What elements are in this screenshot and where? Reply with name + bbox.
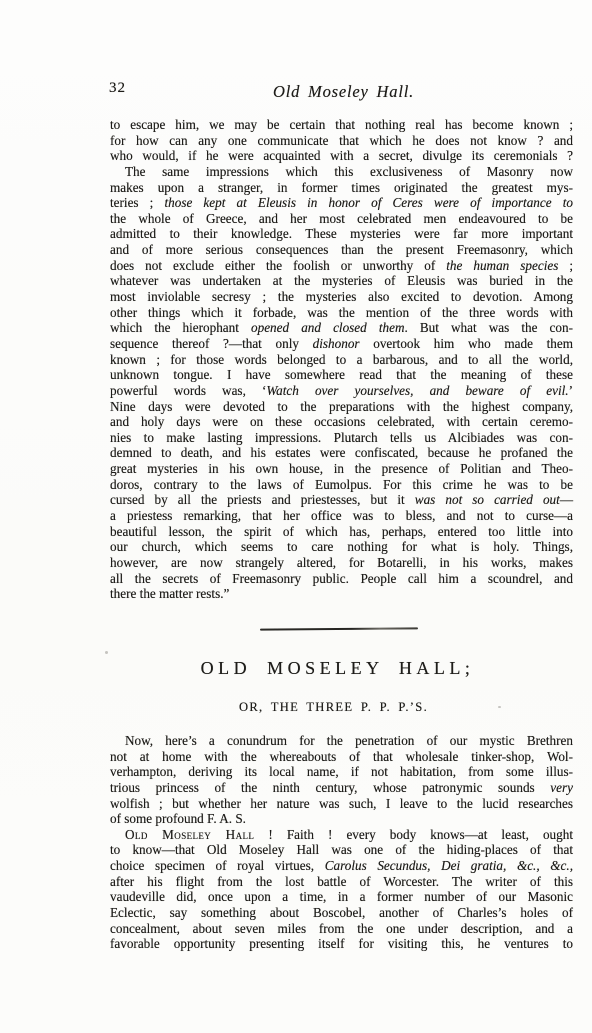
- continued-article-text: to escape him, we may be certain that no…: [110, 117, 573, 602]
- text-line: our church, which seems to care nothing …: [110, 539, 573, 555]
- text-line: to escape him, we may be certain that no…: [110, 117, 573, 133]
- text-line: the whole of Greece, and her most celebr…: [110, 211, 573, 227]
- text-line: known ; for those words belonged to a ba…: [110, 352, 573, 368]
- text-line: after his flight from the lost battle of…: [110, 874, 573, 890]
- text-line: does not exclude either the foolish or u…: [110, 258, 573, 274]
- text-line: powerful words was, ‘Watch over yourselv…: [110, 383, 573, 399]
- text-line: all the secrets of Freemasonry public. P…: [110, 571, 573, 587]
- text-line: unknown tongue. I have somewhere read th…: [110, 367, 573, 383]
- text-line: not at home with the whereabouts of that…: [110, 749, 573, 765]
- scanned-book-page: { "page_header": { "page_number": "32", …: [0, 0, 592, 1033]
- text-line: who would, if he were acquainted with a …: [110, 148, 573, 164]
- scan-speck: [117, 233, 120, 236]
- text-line: doros, contrary to the laws of Eumolpus.…: [110, 477, 573, 493]
- text-line: admitted to their knowledge. These myste…: [110, 226, 573, 242]
- article-title: OLD MOSELEY HALL;: [106, 658, 569, 679]
- text-line: The same impressions which this exclusiv…: [110, 164, 573, 180]
- text-line: teries ; those kept at Eleusis in honor …: [110, 195, 573, 211]
- section-divider-rule: [260, 627, 418, 630]
- text-line: there the matter rests.”: [110, 586, 573, 602]
- text-line: demned to death, and his estates were co…: [110, 445, 573, 461]
- text-line: whatever was undertaken at the mysteries…: [110, 273, 573, 289]
- text-line: concealment, about seven miles from the …: [110, 921, 573, 937]
- page-content: 32 Old Moseley Hall. to escape him, we m…: [110, 0, 573, 1033]
- text-line: great mysteries in his own house, in the…: [110, 461, 573, 477]
- text-line: makes upon a stranger, in former times o…: [110, 180, 573, 196]
- text-line: and holy days were on these occasions ce…: [110, 414, 573, 430]
- text-line: cursed by all the priests and priestesse…: [110, 492, 573, 508]
- text-line: wolfish ; but whether her nature was suc…: [110, 796, 573, 812]
- scan-speck: [498, 706, 501, 708]
- text-line: of some profound F. A. S.: [110, 811, 573, 827]
- text-line: most inviolable secresy ; the mysteries …: [110, 289, 573, 305]
- text-line: Eclectic, say something about Boscobel, …: [110, 905, 573, 921]
- text-line: Now, here’s a conundrum for the penetrat…: [110, 733, 573, 749]
- paper-background: 32 Old Moseley Hall. to escape him, we m…: [0, 0, 592, 1033]
- text-line: beautiful lesson, the spirit of which ha…: [110, 524, 573, 540]
- text-line: Old Moseley Hall ! Faith ! every body kn…: [110, 827, 573, 843]
- scan-speck: [105, 651, 108, 654]
- text-line: and of more serious consequences than th…: [110, 242, 573, 258]
- text-line: vaudeville did, once upon a time, in a f…: [110, 889, 573, 905]
- new-article-text: Now, here’s a conundrum for the penetrat…: [110, 733, 573, 952]
- text-line: to know—that Old Moseley Hall was one of…: [110, 842, 573, 858]
- text-line: Nine days were devoted to the preparatio…: [110, 399, 573, 415]
- running-header-title: Old Moseley Hall.: [112, 82, 575, 102]
- text-line: choice specimen of royal virtues, Carolu…: [110, 858, 573, 874]
- text-line: sequence thereof ?—that only dishonor ov…: [110, 336, 573, 352]
- text-line: nies to make lasting impressions. Plutar…: [110, 430, 573, 446]
- text-line: other things which it forbade, was the m…: [110, 305, 573, 321]
- article-subtitle: OR, THE THREE P. P. P.’S.: [102, 700, 565, 715]
- text-line: however, are now strangely altered, for …: [110, 555, 573, 571]
- text-line: verhampton, deriving its local name, if …: [110, 764, 573, 780]
- text-line: which the hierophant opened and closed t…: [110, 320, 573, 336]
- text-line: for how can any one communicate that whi…: [110, 133, 573, 149]
- text-line: a priestess remarking, that her office w…: [110, 508, 573, 524]
- text-line: trious princess of the ninth century, wh…: [110, 780, 573, 796]
- text-line: favorable opportunity presenting itself …: [110, 936, 573, 952]
